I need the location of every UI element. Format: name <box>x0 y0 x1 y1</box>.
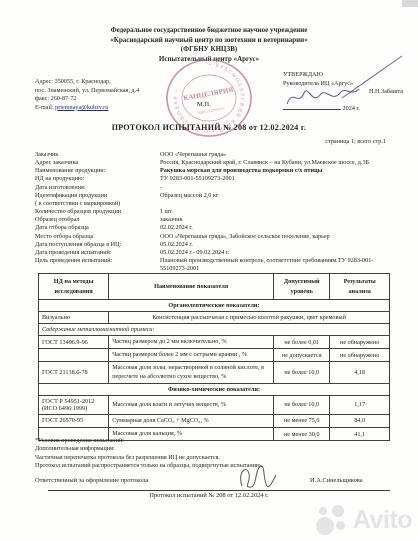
info-row: Адрес заказчикаРоссия, Краснодарский кра… <box>35 159 397 167</box>
column-header: Результаты анализа <box>330 274 390 300</box>
info-value: - <box>160 184 397 192</box>
sample-info-block: ЗаказчикООО «Черепашья гряда»Адрес заказ… <box>35 151 397 273</box>
table-cell: 84,0 <box>330 414 390 427</box>
info-label: Дата отбора образца <box>35 224 160 232</box>
note-line: Протокол испытаний распространяется толь… <box>35 462 262 470</box>
table-cell: ГОСТ Р 54951-2012 (ИСО 6496:1999) <box>39 395 109 414</box>
info-label: Дата проведения испытаний: <box>35 249 160 257</box>
column-header: Наименование показателя <box>109 274 274 300</box>
table-cell: Содержание металломагнитной примеси: <box>39 324 390 336</box>
table-row: ГОСТ Р 54951-2012 (ИСО 6496:1999)Массова… <box>39 395 390 414</box>
table-cell: Массовая доля золы, нерастворимой в соля… <box>109 362 274 383</box>
avito-logo-icon <box>316 505 350 536</box>
info-row: НД на продукцию:ТУ 9283-001-55109273-200… <box>35 175 397 183</box>
table-row: Содержание металломагнитной примеси: <box>39 324 390 336</box>
info-value: заказчик <box>160 216 397 224</box>
table-cell: Частиц размером до 2 мм включительно, % <box>109 336 274 349</box>
table-cell: не обнаружено <box>330 349 390 362</box>
info-value: 05.02.2024 г.- 09.02.2024 г. <box>160 249 397 257</box>
table-cell: не менее 30,0 <box>274 428 330 441</box>
info-row: Образец отобралзаказчик <box>35 216 397 224</box>
info-value: Россия, Краснодарский край, г. Славянск … <box>160 159 397 167</box>
info-value: Плановый производственный контроль, соот… <box>160 257 397 273</box>
table-row: ВизуальноКонсистенция рассыпчатая с прим… <box>39 312 390 324</box>
info-row: Место отбора образцаООО «Черепашья гряда… <box>35 233 397 241</box>
table-row: ГОСТ 21138.6-78Массовая доля золы, нерас… <box>39 362 390 383</box>
info-label: Адрес заказчика <box>35 159 160 167</box>
signature-stroke <box>338 52 406 102</box>
scrollbar-artifact <box>402 0 418 7</box>
info-value: 1 шт. <box>160 208 397 216</box>
column-header: Допустимый уровень <box>274 274 330 300</box>
table-cell: Массовая доля влаги и летучих веществ, % <box>109 395 274 414</box>
info-row: Дата проведения испытаний:05.02.2024 г.-… <box>35 249 397 257</box>
footer-notes: *Условия проведения испытаний: Дополните… <box>35 437 262 470</box>
info-label: Дата изготовления: <box>35 184 160 192</box>
protocol-title: ПРОТОКОЛ ИСПЫТАНИЙ № 208 от 12.02.2024 г… <box>0 123 418 132</box>
watermark-text: Avito <box>353 508 412 533</box>
info-label: Заказчик <box>35 151 160 159</box>
info-value: ООО «Черепашья гряда» <box>160 151 397 159</box>
info-value: ТУ 9283-001-55109273-2001 <box>160 175 397 183</box>
table-cell: не более 10,0 <box>274 362 330 383</box>
mp-mark: М.П. <box>197 101 211 108</box>
info-row: ( в соответствии с маркировкой) <box>35 200 397 208</box>
footer-protocol-line: Протокол испытаний № 208 от 12.02.2024 г… <box>0 492 418 499</box>
footer-divider <box>48 490 390 491</box>
info-row: Дата изготовления:- <box>35 184 397 192</box>
table-cell: Суммарная доля CaCO₃ + MgCO₃, % <box>109 414 274 427</box>
email-line: E-mail: priemnaya@kubzv.ru <box>35 104 139 113</box>
info-label: Идентификация продукции <box>35 192 160 200</box>
table-cell: не допускается <box>274 349 330 362</box>
table-row: ГОСТ 26570-95Суммарная доля CaCO₃ + MgCO… <box>39 414 390 427</box>
info-row: Дата поступления образца в ИЦ:05.02.2024… <box>35 241 397 249</box>
info-label: ( в соответствии с маркировкой) <box>35 200 160 208</box>
info-label: Место отбора образца <box>35 233 160 241</box>
avito-watermark: Avito <box>316 505 412 536</box>
table-cell: 41,1 <box>330 428 390 441</box>
email-label: E-mail: <box>35 104 54 111</box>
responsible-signature <box>230 461 278 491</box>
table-cell: Органолептические показатели: <box>39 300 390 312</box>
table-cell: 4,18 <box>330 362 390 383</box>
info-row: ЗаказчикООО «Черепашья гряда» <box>35 151 397 159</box>
table-cell: не менее 75,0 <box>274 414 330 427</box>
table-cell: ГОСТ 21138.6-78 <box>39 362 109 383</box>
table-cell: ГОСТ 26570-95 <box>39 414 109 427</box>
table-row: ГОСТ 13496.9-96Частиц размером до 2 мм в… <box>39 336 390 349</box>
info-label: Образец отобрал <box>35 216 160 224</box>
fax-line: факс: 260-87-72 <box>35 95 139 104</box>
table-row: Частиц размером более 2 мм с острыми кра… <box>39 349 390 362</box>
table-cell: Визуально <box>39 312 109 324</box>
org-line: Федеральное государственное бюджетное на… <box>0 26 418 36</box>
signoff-label: Ответственный за оформление протокола <box>35 477 148 484</box>
note-line: Дополнительная информация: <box>35 445 262 453</box>
table-cell: Физико-химические показатели: <box>39 383 390 395</box>
table-row: Органолептические показатели: <box>39 300 390 312</box>
table-header-row: НД на методы исследованияНаименование по… <box>39 274 390 300</box>
responsible-name: И.А.Синельщикова <box>310 477 363 484</box>
column-header: НД на методы исследования <box>39 274 109 300</box>
info-row: Идентификация продукцииОбразец массой 2,… <box>35 192 397 200</box>
table-cell: Консистенция рассыпчатая с примесью коло… <box>109 312 390 324</box>
info-row: Цель проведения испытаний:Плановый произ… <box>35 257 397 273</box>
page-count-note: страница 1; всего стр.1 <box>325 138 386 145</box>
info-label: Дата поступления образца в ИЦ: <box>35 241 160 249</box>
org-line: «Краснодарский научный центр по зоотехни… <box>0 36 418 46</box>
table-cell: не более 10,0 <box>274 395 330 414</box>
table-row: Физико-химические показатели: <box>39 383 390 395</box>
info-row: Наименование продукции:Ракушка морская д… <box>35 167 397 175</box>
info-value: 02.02.2024 г. <box>160 224 397 232</box>
address-line: пос. Знаменский, ул. Первомайская, д.4 <box>35 87 139 96</box>
info-value: 05.02.2024 г. <box>160 241 397 249</box>
note-line: Частичная перепечатка протокола без разр… <box>35 454 262 462</box>
address-line: Адрес: 350055, г. Краснодар, <box>35 78 139 87</box>
info-label: Количество образцов продукции <box>35 208 160 216</box>
table-cell: не обнаружено <box>330 336 390 349</box>
note-line: *Условия проведения испытаний: <box>35 437 262 445</box>
info-label: Наименование продукции: <box>35 167 160 175</box>
table-cell: не более 0,01 <box>274 336 330 349</box>
info-label: Цель проведения испытаний: <box>35 257 160 273</box>
info-label: НД на продукцию: <box>35 175 160 183</box>
document-page: Федеральное государственное бюджетное на… <box>0 0 418 540</box>
results-table: НД на методы исследованияНаименование по… <box>38 273 390 441</box>
info-value <box>160 200 397 208</box>
info-row: Дата отбора образца02.02.2024 г. <box>35 224 397 232</box>
info-value: Ракушка морская для производства подкорм… <box>160 167 397 175</box>
info-row: Количество образцов продукции1 шт. <box>35 208 397 216</box>
stamp-center-text: КАНЦЕЛЯРИЯ <box>183 86 234 103</box>
table-cell: 1,17 <box>330 395 390 414</box>
email-link[interactable]: priemnaya@kubzv.ru <box>55 104 108 111</box>
table-cell <box>39 349 109 362</box>
info-value: ООО «Черепашья гряда», Забойское сельско… <box>160 233 397 241</box>
table-cell: Частиц размером более 2 мм с острыми кра… <box>109 349 274 362</box>
contact-block: Адрес: 350055, г. Краснодар, пос. Знамен… <box>35 78 139 112</box>
info-value: Образец массой 2,0 кг <box>160 192 397 200</box>
table-cell: ГОСТ 13496.9-96 <box>39 336 109 349</box>
